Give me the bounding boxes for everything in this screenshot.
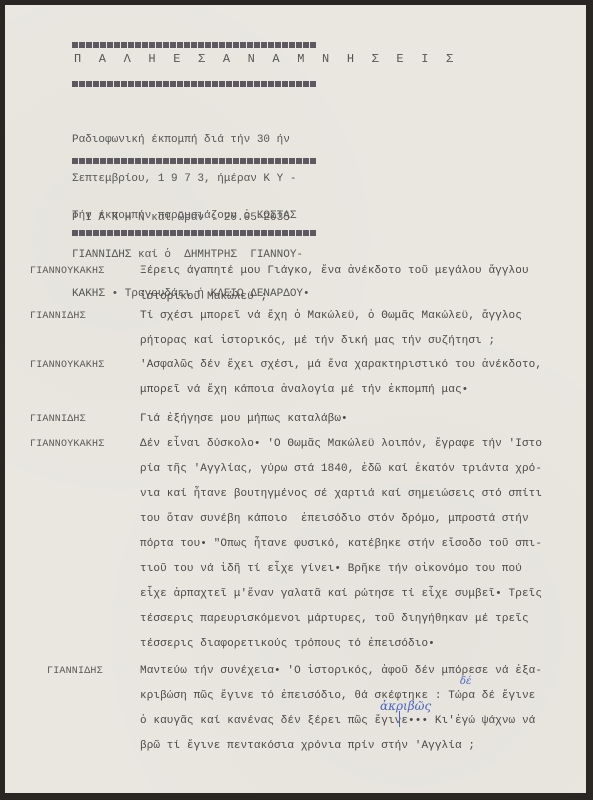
dialogue-line: του ὅταν συνέβη κάποιο ἐπεισόδιο στόν δρ…	[140, 513, 529, 525]
dialogue-line: ὁ καυγᾶς καί κανένας δέν ξέρει πῶς ἔγινε…	[140, 715, 535, 727]
presenters-info: Τήν έκπομπήν παρουσιάζουν ὁ ΚΩΣΤΑΣ ΓΙΑΝΝ…	[72, 184, 310, 327]
dialogue-line: νια καί ἦτανε βουτηγμένος σέ χαρτιά καί …	[140, 488, 542, 500]
speaker-label: ΓΙΑΝΝΙΔΗΣ	[47, 666, 103, 677]
dialogue-line: ἱστορικοῦ Μακώλεϋ ;	[140, 291, 267, 303]
speaker-label: ΓΙΑΝΝΙΔΗΣ	[30, 311, 86, 322]
dialogue-line: Τί σχέσι μπορεῖ νά ἔχη ὁ Μακώλεϋ, ὁ Θωμᾶ…	[140, 310, 522, 322]
dialogue-line: τιοῦ του νά ἰδῆ τί εἶχε γίνει• Βρῆκε τήν…	[140, 563, 522, 575]
presenters-line: ΓΙΑΝΝΙΔΗΣ καί ὁ ΔΗΜΗΤΡΗΣ ΓΙΑΝΝΟΥ-	[72, 249, 310, 262]
dialogue-line: 'Ασφαλῶς δέν ἔχει σχέσι, μά ἕνα χαρακτηρ…	[140, 359, 542, 371]
dialogue-line: μπορεῖ νά ἔχη κάποια ἀναλογία μέ τήν ἐκπ…	[140, 384, 468, 396]
separator-presenters-bottom	[72, 230, 316, 236]
speaker-label: ΓΙΑΝΝΟΥΚΑΚΗΣ	[30, 439, 104, 450]
insertion-mark	[399, 711, 400, 727]
handwritten-annotation: ἀκριβῶς	[380, 699, 431, 713]
dialogue-line: Δέν εἶναι δύσκολο• 'Ο Θωμᾶς Μακώλεϋ λοιπ…	[140, 438, 542, 450]
dialogue-line: τέσσερις παρευρισκόμενοι μάρτυρες, τοῦ δ…	[140, 613, 529, 625]
separator-top	[72, 42, 316, 48]
dialogue-line: βρῶ τί ἔγινε πεντακόσια χρόνια πρίν στήν…	[140, 740, 475, 752]
dialogue-line: Μαντεύω τήν συνέχεια• 'Ο ἱστορικός, ἀφοῦ…	[140, 665, 542, 677]
presenters-line: Τήν έκπομπήν παρουσιάζουν ὁ ΚΩΣΤΑΣ	[72, 210, 310, 223]
dialogue-line: Ξέρεις άγαπητέ μου Γιάγκο, ἕνα ἀνέκδοτο …	[140, 265, 529, 277]
dialogue-line: πόρτα του• "Οπως ἦτανε φυσικό, κατέβηκε …	[140, 538, 542, 550]
separator-title-bottom	[72, 81, 316, 87]
dialogue-line: εἶχε ἀρπαχτεῖ μ'ἕναν γαλατᾶ καί ρώτησε τ…	[140, 588, 542, 600]
speaker-label: ΓΙΑΝΝΟΥΚΑΚΗΣ	[30, 360, 104, 371]
dialogue-line: ρία τῆς 'Αγγλίας, γύρω στά 1840, ἐδῶ καί…	[140, 463, 542, 475]
document-page: Π Α Λ Η Ε Σ Α Ν Α Μ Ν Η Σ Ε Ι Σ Ραδιοφων…	[5, 5, 586, 793]
dialogue-line: τέσσερις διαφορετικούς τρόπους τό ἐπεισό…	[140, 638, 435, 650]
separator-info-bottom	[72, 158, 316, 164]
speaker-label: ΓΙΑΝΝΙΔΗΣ	[30, 414, 86, 425]
document-title: Π Α Λ Η Ε Σ Α Ν Α Μ Ν Η Σ Ε Ι Σ	[74, 52, 458, 66]
dialogue-line: ρήτορας καί ἱστορικός, μέ τήν δική μας τ…	[140, 335, 495, 347]
dialogue-line: Γιά ἐξήγησε μου μήπως καταλάβω•	[140, 413, 348, 425]
speaker-label: ΓΙΑΝΝΟΥΚΑΚΗΣ	[30, 266, 104, 277]
broadcast-info-line: Ραδιοφωνική έκπομπή διά τήν 30 ήν	[72, 134, 296, 147]
handwritten-correction: δέ	[460, 676, 471, 687]
dialogue-line: κριβώση πῶς ἔγινε τό ἐπεισόδιο, θά σκέφτ…	[140, 690, 535, 702]
